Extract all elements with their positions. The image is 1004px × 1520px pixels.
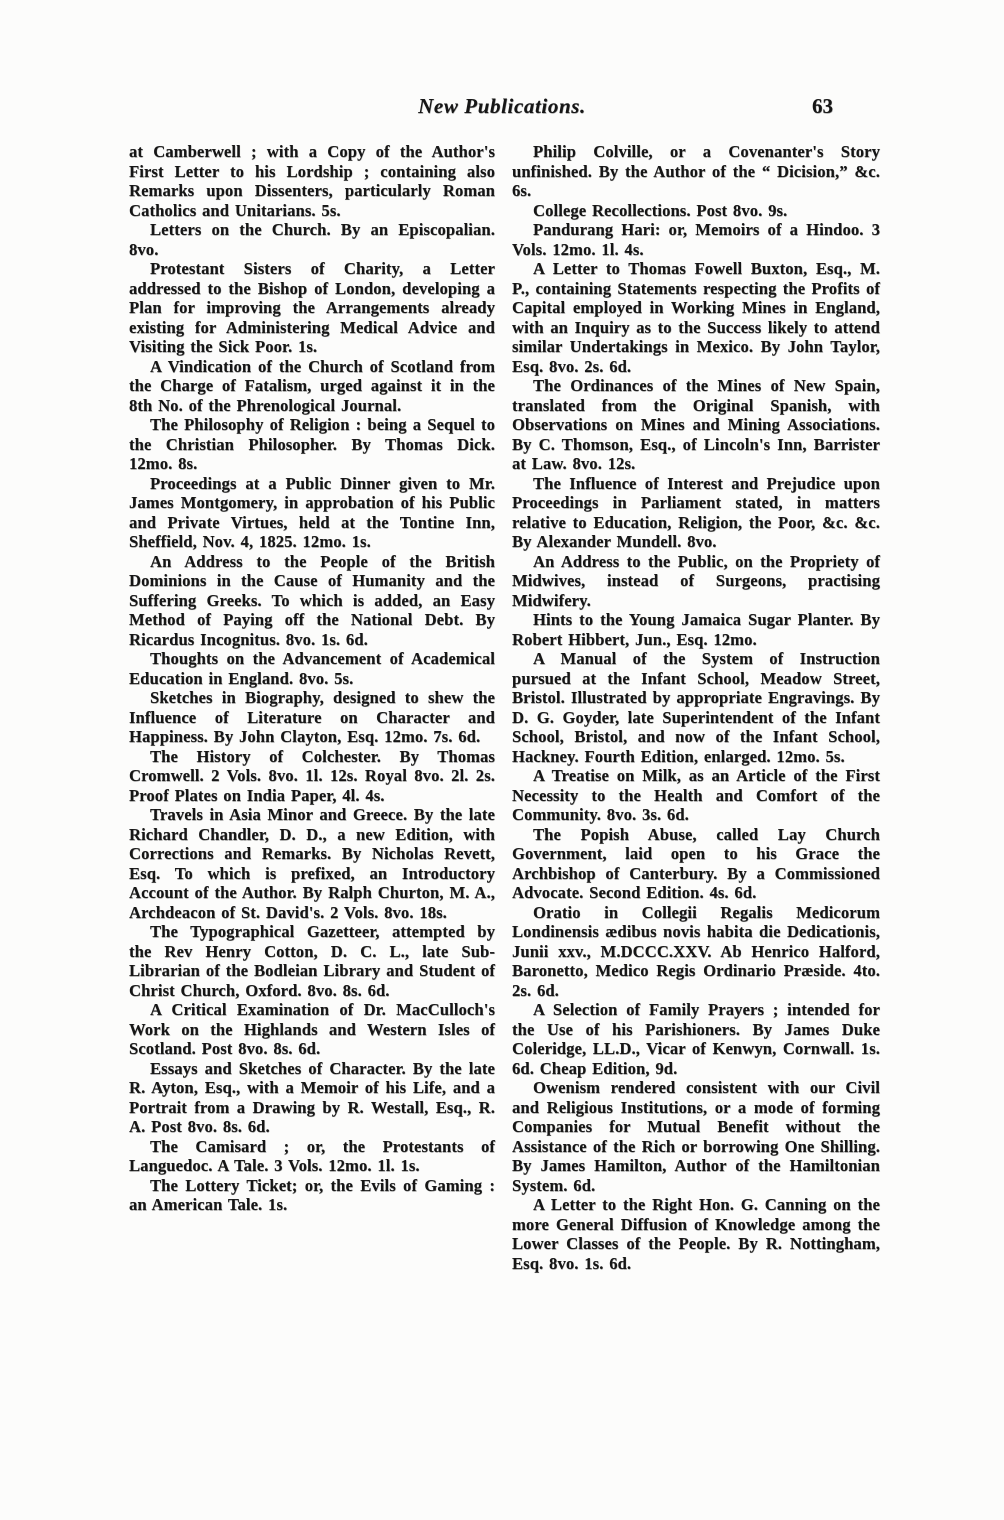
book-entry: A Letter to the Right Hon. G. Canning on… [512,1195,880,1273]
book-entry: The Lottery Ticket; or, the Evils of Gam… [129,1176,495,1215]
book-entry: Letters on the Church. By an Episcopalia… [129,220,495,259]
book-entry: A Vindication of the Church of Scotland … [129,357,495,416]
scanned-document-page: New Publications. 63 at Camberwell ; wit… [0,0,1004,1520]
book-entry: Sketches in Biography, designed to shew … [129,688,495,747]
book-entry: A Selection of Family Prayers ; intended… [512,1000,880,1078]
book-entry: Thoughts on the Advancement of Academica… [129,649,495,688]
book-entry: Essays and Sketches of Character. By the… [129,1059,495,1137]
book-entry: The Philosophy of Religion : being a Seq… [129,415,495,474]
page-title: New Publications. [129,94,875,119]
book-entry: An Address to the Public, on the Proprie… [512,552,880,611]
book-entry: An Address to the People of the British … [129,552,495,650]
book-entry: Hints to the Young Jamaica Sugar Planter… [512,610,880,649]
book-entry: Philip Colville, or a Covenanter's Story… [512,142,880,201]
left-column: at Camberwell ; with a Copy of the Autho… [129,142,495,1273]
book-entry: The Typographical Gazetteer, attempted b… [129,922,495,1000]
book-entry: The Influence of Interest and Prejudice … [512,474,880,552]
book-entry: Travels in Asia Minor and Greece. By the… [129,805,495,922]
book-entry: Proceedings at a Public Dinner given to … [129,474,495,552]
book-entry: Owenism rendered consistent with our Civ… [512,1078,880,1195]
book-entry: College Recollections. Post 8vo. 9s. [512,201,880,221]
book-entry: at Camberwell ; with a Copy of the Autho… [129,142,495,220]
book-entry: The Camisard ; or, the Protestants of La… [129,1137,495,1176]
book-entry: A Treatise on Milk, as an Article of the… [512,766,880,825]
book-entry: A Manual of the System of Instruction pu… [512,649,880,766]
book-entry: The Ordinances of the Mines of New Spain… [512,376,880,474]
right-column: Philip Colville, or a Covenanter's Story… [512,142,880,1273]
book-entry: Pandurang Hari: or, Memoirs of a Hindoo.… [512,220,880,259]
book-entry: The Popish Abuse, called Lay Church Gove… [512,825,880,903]
page-number: 63 [812,94,833,119]
two-column-text-block: at Camberwell ; with a Copy of the Autho… [129,142,880,1273]
book-entry: A Letter to Thomas Fowell Buxton, Esq., … [512,259,880,376]
book-entry: Protestant Sisters of Charity, a Letter … [129,259,495,357]
running-head: New Publications. 63 [129,94,875,124]
book-entry: The History of Colchester. By Thomas Cro… [129,747,495,806]
book-entry: Oratio in Collegii Regalis Medicorum Lon… [512,903,880,1001]
book-entry: A Critical Examination of Dr. MacCulloch… [129,1000,495,1059]
